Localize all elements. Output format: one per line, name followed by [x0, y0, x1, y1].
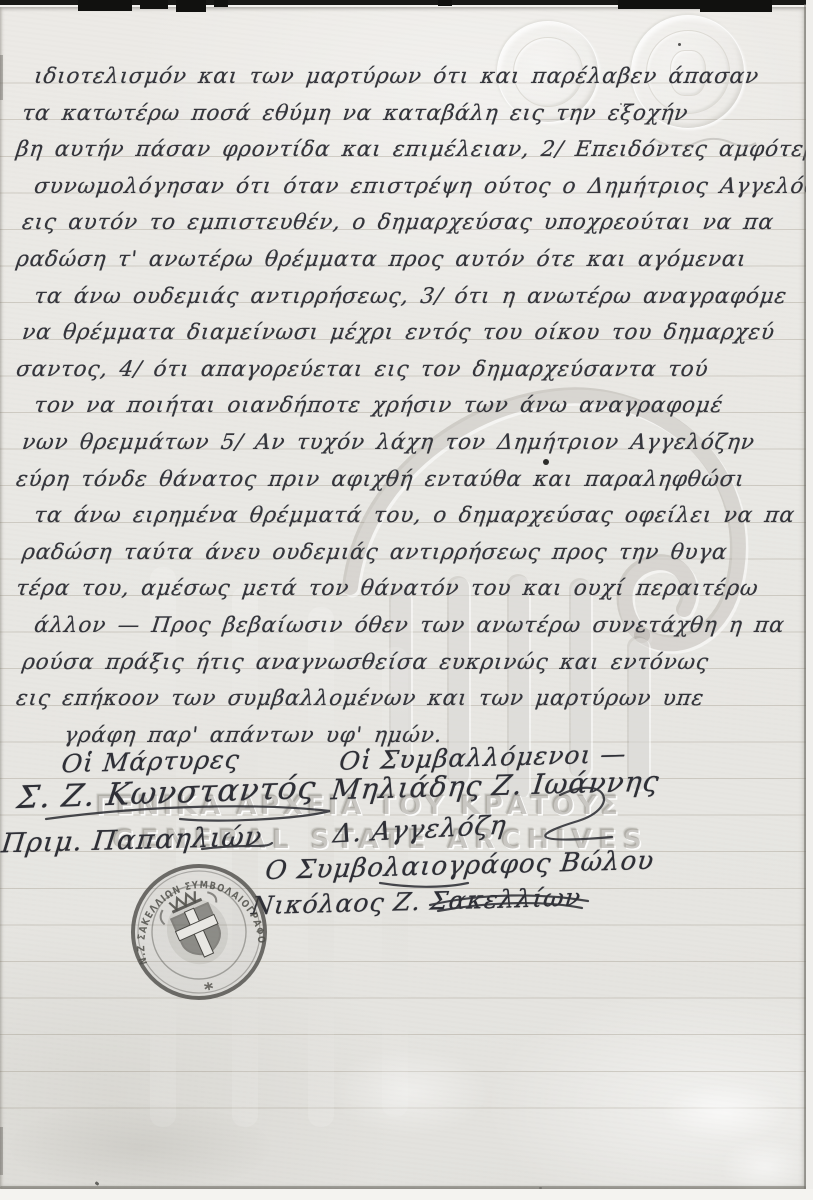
ink-speck [620, 103, 622, 105]
scan-edge-blob [78, 0, 132, 11]
ink-speck [543, 459, 549, 465]
scan-bottom-strip [0, 1189, 813, 1200]
body-line: εύρη τόνδε θάνατος πριν αφιχθή ενταύθα κ… [14, 462, 788, 499]
handwritten-body-text: ιδιοτελισμόν και των μαρτύρων ότι και πα… [14, 59, 784, 754]
notary-round-stamp: Ν.Ζ ΣΑΚΕΛΛΙΩΝ ΣΥΜΒΟΛΑΙΟΓΡΑΦΟΣ ΒΩΛΟΥ [112, 845, 286, 1019]
ink-speck [678, 43, 681, 46]
paper-stain [330, 1047, 490, 1137]
body-line: άλλον — Προς βεβαίωσιν όθεν των ανωτέρω … [14, 608, 788, 645]
paper-stain [10, 1102, 270, 1192]
scan-edge-blob [214, 0, 228, 7]
adjacent-page-strip [806, 0, 813, 1200]
paper-stain [660, 1082, 790, 1142]
body-line: τα κατωτέρω ποσά εθύμη να καταβάλη εις τ… [14, 96, 788, 133]
scan-edge-blob [176, 0, 206, 12]
body-line: ιδιοτελισμόν και των μαρτύρων ότι και πα… [14, 59, 788, 96]
body-line: να θρέμματα διαμείνωσι μέχρι εντός του ο… [14, 315, 788, 352]
body-line: νων θρεμμάτων 5/ Αν τυχόν λάχη τον Δημήτ… [14, 425, 788, 462]
body-line: τα άνω ουδεμιάς αντιρρήσεως, 3/ ότι η αν… [14, 279, 788, 316]
page-edge-mark [0, 1127, 3, 1175]
body-line: εις αυτόν το εμπιστευθέν, ο δημαρχεύσας … [14, 205, 788, 242]
body-line: βη αυτήν πάσαν φροντίδα και επιμέλειαν, … [14, 132, 788, 169]
body-line: ραδώση ταύτα άνευ ουδεμιάς αντιρρήσεως π… [14, 535, 788, 572]
scan-edge-blob [618, 0, 700, 9]
scan-edge-blob [140, 0, 168, 9]
body-line: εις επήκοον των συμβαλλομένων και των μα… [14, 681, 788, 718]
body-line: ραδώση τ' ανωτέρω θρέμματα προς αυτόν ότ… [14, 242, 788, 279]
body-line: τα άνω ειρημένα θρέμματά του, ο δημαρχεύ… [14, 498, 788, 535]
page-right-edge [804, 4, 806, 1194]
notary-signature: Νικόλαος Ζ. Σακελλίων [250, 883, 583, 921]
page-edge-mark [0, 55, 3, 100]
body-line: τέρα του, αμέσως μετά τον θάνατόν του κα… [14, 571, 788, 608]
body-line: τον να ποιήται οιανδήποτε χρήσιν των άνω… [14, 388, 788, 425]
body-line: ρούσα πράξις ήτις αναγνωσθείσα ευκρινώς … [14, 645, 788, 682]
scan-edge-blob [700, 0, 772, 12]
paper-sheet: ΓΕΝΙΚΑ ΑΡΧΕΙΑ ΤΟΥ ΚΡΑΤΟΥΣ GENERAL STATE … [0, 7, 806, 1189]
scan-edge-blob [438, 0, 452, 6]
body-line: συνωμολόγησαν ότι όταν επιστρέψη ούτος ο… [14, 169, 788, 206]
body-line: σαντος, 4/ ότι απαγορεύεται εις τον δημα… [14, 352, 788, 389]
scanned-document-page: ΓΕΝΙΚΑ ΑΡΧΕΙΑ ΤΟΥ ΚΡΑΤΟΥΣ GENERAL STATE … [0, 0, 813, 1200]
